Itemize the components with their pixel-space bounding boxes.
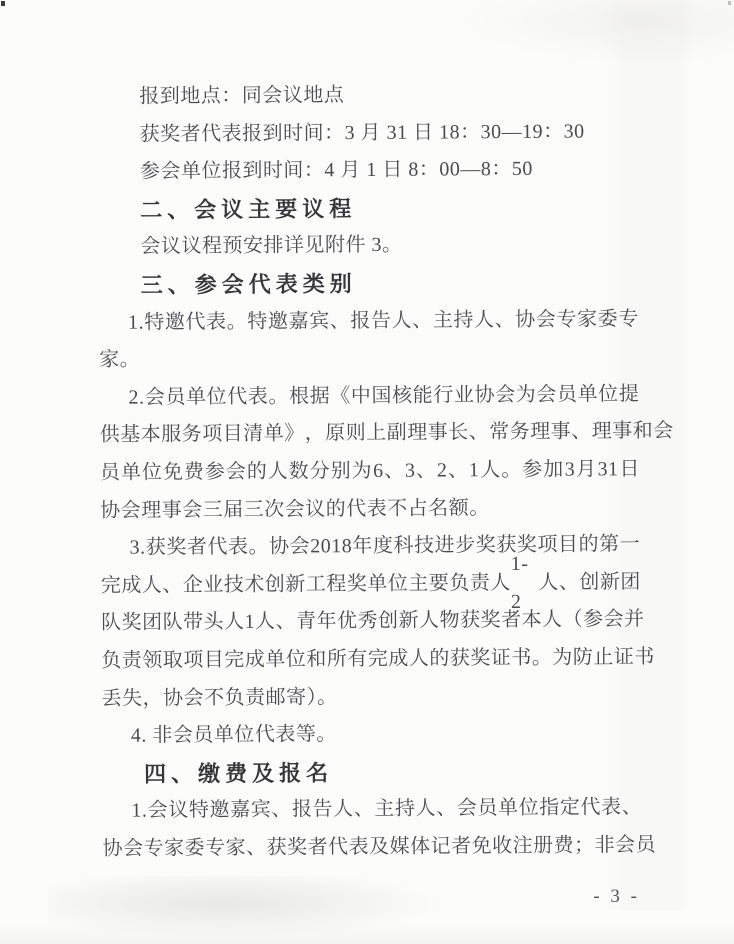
scan-speck-top-left — [1, 1, 5, 6]
text-line: 1. 会议特邀嘉宾、报告人、主持人、会员单位指定代表、 — [102, 789, 642, 830]
text-line: 负责领取项目完成单位和所有完成人的获奖证书。为防止证书 — [101, 639, 641, 680]
page-number: - 3 - — [593, 886, 640, 908]
text-line-awardee-checkin-time: 获奖者代表报到时间：3 月 31 日 18：30—19：30 — [98, 113, 638, 154]
text-line: 4. 非会员单位代表等。 — [102, 714, 642, 755]
section-heading-delegate-types: 三、参会代表类别 — [99, 263, 639, 304]
text-line: 丢失，协会不负责邮寄）。 — [101, 677, 641, 718]
scan-artifact-top-right — [468, 0, 734, 62]
text-line-unit-checkin-time: 参会单位报到时间：4 月 1 日 8：00—8：50 — [98, 150, 638, 191]
text-line: 3. 获奖者代表。协会 2018 年度科技进步奖获奖项目的第一 — [100, 526, 640, 567]
text-line: 协会理事会三届三次会议的代表不占名额。 — [100, 489, 640, 530]
section-heading-fees-registration: 四、缴费及报名 — [102, 752, 642, 793]
section-heading-agenda: 二、会议主要议程 — [98, 188, 638, 229]
text-line: 1. 特邀代表。特邀嘉宾、报告人、主持人、协会专家委专 — [99, 301, 639, 342]
text-line-checkin-location: 报到地点：同会议地点 — [97, 75, 637, 116]
scan-speck-top-right — [728, 1, 731, 5]
scan-artifact-bottom-left — [48, 876, 438, 938]
text-line: 2. 会员单位代表。根据《中国核能行业协会为会员单位提 — [99, 376, 639, 417]
text-line-agenda-attachment: 会议议程预安排详见附件 3。 — [98, 225, 638, 266]
text-line: 协会专家委专家、获奖者代表及媒体记者免收注册费；非会员 — [102, 827, 642, 868]
document-content: 报到地点：同会议地点 获奖者代表报到时间：3 月 31 日 18：30—19：3… — [97, 75, 642, 868]
text-line: 队奖团队带头人 1 人、青年优秀创新人物获奖者本人（参会并 — [101, 601, 641, 642]
text-line: 家。 — [99, 338, 639, 379]
scan-artifact-bottom-strip — [0, 922, 734, 944]
text-line: 供基本服务项目清单》，原则上副理事长、常务理事、理事和会 — [100, 413, 640, 454]
text-line: 员单位免费参会的人数分别为 6、3、2、1 人。参加 3 月 31 日 — [100, 451, 640, 492]
scanned-document-page: 报到地点：同会议地点 获奖者代表报到时间：3 月 31 日 18：30—19：3… — [0, 0, 734, 944]
text-line: 完成人、企业技术创新工程奖单位主要负责人 1-2 人、创新团 — [101, 564, 641, 605]
